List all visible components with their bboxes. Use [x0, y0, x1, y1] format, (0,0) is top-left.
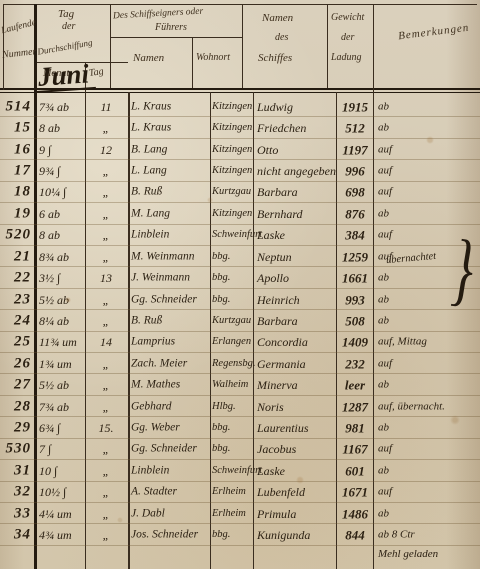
row-owner-name: L. Lang: [131, 165, 209, 177]
row-cargo-weight: 876: [336, 207, 374, 220]
row-time: 11¾ um: [39, 336, 84, 348]
row-time: 6 ab: [39, 208, 84, 220]
row-residence: Kitzingen: [212, 144, 254, 155]
row-remark: ab: [378, 208, 478, 219]
ledger-row: 22 3½ ∫ 13 J. Weinmann bbg. Apollo 1661 …: [0, 267, 480, 288]
ledger-row: 15 8 ab „ L. Kraus Kitzingen Friedchen 5…: [0, 117, 480, 138]
row-cargo-weight: 1197: [336, 143, 374, 156]
row-day: „: [88, 315, 124, 327]
row-owner-name: Zach. Meier: [131, 358, 209, 370]
row-ship-name: Laske: [257, 465, 333, 477]
row-cargo-weight: 1259: [336, 250, 374, 263]
row-time: 8¾ ab: [39, 251, 84, 263]
row-time: 6¾ ∫: [39, 422, 84, 434]
row-owner-name: B. Lang: [131, 144, 209, 156]
row-owner-name: Linblein: [131, 229, 209, 241]
row-day: „: [88, 358, 124, 370]
grid-line-left-edge: [3, 4, 4, 90]
ledger-row: 530 7 ∫ „ Gg. Schneider bbg. Jacobus 116…: [0, 439, 480, 460]
row-owner-name: Lamprius: [131, 337, 209, 349]
row-number: 18: [0, 185, 31, 200]
header-number-line1: Laufende: [0, 18, 37, 36]
row-time: 7¾ ab: [39, 101, 84, 113]
row-ship-name: Germania: [257, 358, 333, 370]
row-time: 4¼ um: [39, 508, 84, 520]
row-day: 12: [88, 144, 124, 156]
row-day: „: [88, 165, 124, 177]
row-number: 19: [0, 206, 31, 221]
row-remark: ab: [378, 123, 478, 134]
row-ship-name: nicht angegeben: [257, 165, 333, 177]
row-residence: Kurtzgau: [212, 316, 254, 327]
row-number: 22: [0, 271, 31, 286]
row-day: „: [88, 229, 124, 241]
row-cargo-weight: 844: [336, 529, 374, 542]
row-number: 17: [0, 163, 31, 178]
header-date-line1: Tag: [58, 8, 74, 20]
ledger-row: 18 10¼ ∫ „ B. Ruß Kurtzgau Barbara 698 a…: [0, 182, 480, 203]
row-ship-name: Neptun: [257, 251, 333, 263]
row-residence: bbg.: [212, 530, 254, 541]
row-ship-name: Laske: [257, 229, 333, 241]
row-residence: Kitzingen: [212, 123, 254, 134]
row-day: „: [88, 122, 124, 134]
row-number: 26: [0, 356, 31, 371]
row-remark: ab: [378, 101, 478, 112]
row-ship-name: Bernhard: [257, 208, 333, 220]
row-owner-name: L. Kraus: [131, 101, 209, 113]
row-number: 25: [0, 335, 31, 350]
row-day: „: [88, 465, 124, 477]
row-number: 16: [0, 142, 31, 157]
grid-line-top: [3, 4, 477, 5]
header-date-line3: Durchschiffung: [37, 37, 94, 57]
row-residence: Kurtzgau: [212, 187, 254, 198]
row-residence: Schweinfurt: [212, 230, 254, 241]
row-day: „: [88, 251, 124, 263]
row-day: „: [88, 508, 124, 520]
row-time: 5½ ab: [39, 379, 84, 391]
row-number: 32: [0, 485, 31, 500]
header-weight-line1: Gewicht: [331, 12, 364, 23]
row-day: 13: [88, 272, 124, 284]
row-day: „: [88, 294, 124, 306]
row-ship-name: Jacobus: [257, 443, 333, 455]
row-residence: bbg.: [212, 251, 254, 262]
row-owner-name: Gebhard: [131, 401, 209, 413]
row-owner-name: Linblein: [131, 465, 209, 477]
row-time: 10 ∫: [39, 465, 84, 477]
row-day: „: [88, 486, 124, 498]
row-owner-name: M. Lang: [131, 208, 209, 220]
row-day: „: [88, 401, 124, 413]
row-day: 11: [88, 101, 124, 113]
ledger-row: 28 7¾ ab „ Gebhard Hlbg. Noris 1287 auf,…: [0, 396, 480, 417]
ledger-row: 31 10 ∫ „ Linblein Schweinfurt Laske 601…: [0, 460, 480, 481]
ledger-row: 520 8 ab „ Linblein Schweinfurt Laske 38…: [0, 225, 480, 246]
row-ship-name: Barbara: [257, 315, 333, 327]
row-remark: auf, Mittag: [378, 337, 478, 348]
row-time: 8 ab: [39, 229, 84, 241]
row-ship-name: Ludwig: [257, 101, 333, 113]
row-day: „: [88, 529, 124, 541]
header-remarks-title: Bemerkungen: [398, 22, 470, 43]
row-owner-name: Gg. Weber: [131, 422, 209, 434]
row-residence: Erlheim: [212, 508, 254, 519]
row-number: 21: [0, 249, 31, 264]
ledger-page: Laufende Nummer Tag der Durchschiffung M…: [0, 0, 480, 569]
row-time: 8 ab: [39, 122, 84, 134]
row-day: „: [88, 186, 124, 198]
row-time: 10¼ ∫: [39, 186, 84, 198]
row-cargo-weight: 508: [336, 314, 374, 327]
row-ship-name: Concordia: [257, 336, 333, 348]
header-owner-line2: Führers: [155, 22, 187, 33]
row-day: „: [88, 208, 124, 220]
grid-line-owner-sub: [110, 37, 242, 38]
row-remark: ab: [378, 465, 478, 476]
row-number: 27: [0, 378, 31, 393]
row-number: 28: [0, 399, 31, 414]
row-remark: auf: [378, 144, 478, 155]
row-number: 33: [0, 506, 31, 521]
row-cargo-weight: 1167: [336, 443, 374, 456]
row-residence: Erlheim: [212, 487, 254, 498]
ledger-row: 24 8¼ ab „ B. Ruß Kurtzgau Barbara 508 a…: [0, 310, 480, 331]
ledger-row: 34 4¾ um „ Jos. Schneider bbg. Kunigunda…: [0, 524, 480, 545]
row-ship-name: Primula: [257, 508, 333, 520]
row-owner-name: A. Stadter: [131, 487, 209, 499]
row-number: 29: [0, 421, 31, 436]
row-residence: bbg.: [212, 294, 254, 305]
ledger-row: 23 5½ ab „ Gg. Schneider bbg. Heinrich 9…: [0, 289, 480, 310]
row-owner-name: J. Dabl: [131, 508, 209, 520]
header-weight-line3: Ladung: [331, 52, 362, 63]
row-residence: Walheim: [212, 380, 254, 391]
row-residence: Kitzingen: [212, 166, 254, 177]
row-number: 34: [0, 528, 31, 543]
row-time: 3½ ∫: [39, 272, 84, 284]
grid-line-name-wohnort-header: [192, 37, 193, 88]
grid-line-date-owner-header: [110, 4, 111, 88]
header-date-line2: der: [62, 21, 75, 32]
row-number: 15: [0, 121, 31, 136]
row-time: 8¼ ab: [39, 315, 84, 327]
row-remark: ab: [378, 315, 478, 326]
row-remark: auf: [378, 165, 478, 176]
row-ship-name: Minerva: [257, 379, 333, 391]
row-cargo-weight: 1671: [336, 486, 374, 499]
row-ship-name: Friedchen: [257, 122, 333, 134]
row-remark: ab: [378, 380, 478, 391]
row-ship-name: Lubenfeld: [257, 486, 333, 498]
header-owner-sub-name: Namen: [133, 52, 164, 64]
row-residence: Hlbg.: [212, 401, 254, 412]
row-owner-name: L. Kraus: [131, 122, 209, 134]
row-owner-name: Gg. Schneider: [131, 294, 209, 306]
row-owner-name: B. Ruß: [131, 315, 209, 327]
ledger-rows: 514 7¾ ab 11 L. Kraus Kitzingen Ludwig 1…: [0, 96, 480, 546]
header-owner-sub-residence: Wohnort: [196, 52, 230, 63]
row-day: 14: [88, 336, 124, 348]
row-time: 5½ ab: [39, 294, 84, 306]
row-remark-line2: Mehl geladen: [378, 549, 478, 560]
row-cargo-weight: 1661: [336, 272, 374, 285]
row-time: 4¾ um: [39, 529, 84, 541]
ledger-row: 19 6 ab „ M. Lang Kitzingen Bernhard 876…: [0, 203, 480, 224]
month-value: Juni: [35, 60, 96, 93]
row-number: 520: [0, 228, 31, 243]
overnight-brace-icon: }: [450, 227, 475, 311]
row-residence: bbg.: [212, 273, 254, 284]
header-ship-line2: des: [275, 32, 288, 43]
ledger-row: 33 4¼ um „ J. Dabl Erlheim Primula 1486 …: [0, 503, 480, 524]
ledger-row: 29 6¾ ∫ 15. Gg. Weber bbg. Laurentius 98…: [0, 417, 480, 438]
row-ship-name: Barbara: [257, 186, 333, 198]
row-day: 15.: [88, 422, 124, 434]
header-owner-line1: Des Schiffseigners oder: [113, 7, 204, 22]
row-cargo-weight: 981: [336, 422, 374, 435]
ledger-row: 16 9 ∫ 12 B. Lang Kitzingen Otto 1197 au…: [0, 139, 480, 160]
row-residence: bbg.: [212, 423, 254, 434]
grid-line-ship-weight-header: [327, 4, 328, 88]
row-remark: auf, übernacht.: [378, 401, 478, 412]
row-number: 23: [0, 292, 31, 307]
row-residence: Kitzingen: [212, 209, 254, 220]
row-time: 9¾ ∫: [39, 165, 84, 177]
row-day: „: [88, 379, 124, 391]
row-residence: bbg.: [212, 444, 254, 455]
row-owner-name: M. Weinmann: [131, 251, 209, 263]
row-remark: ab 8 Ctr: [378, 530, 478, 541]
row-ship-name: Apollo: [257, 272, 333, 284]
row-time: 7 ∫: [39, 443, 84, 455]
row-number: 530: [0, 442, 31, 457]
header-weight-line2: der: [341, 32, 354, 43]
row-remark: auf: [378, 444, 478, 455]
ledger-row: 27 5½ ab „ M. Mathes Walheim Minerva lee…: [0, 374, 480, 395]
ledger-row: 514 7¾ ab 11 L. Kraus Kitzingen Ludwig 1…: [0, 96, 480, 117]
row-ship-name: Noris: [257, 401, 333, 413]
row-cargo-weight: 1915: [336, 100, 374, 113]
row-ship-name: Heinrich: [257, 294, 333, 306]
row-owner-name: J. Weinmann: [131, 272, 209, 284]
header-ship-line1: Namen: [262, 12, 293, 24]
row-residence: Regensbg.: [212, 359, 254, 370]
row-cargo-weight: 232: [336, 357, 374, 370]
header-number-line2: Nummer: [2, 46, 37, 61]
row-owner-name: M. Mathes: [131, 379, 209, 391]
ledger-row: 32 10½ ∫ „ A. Stadter Erlheim Lubenfeld …: [0, 482, 480, 503]
row-residence: Schweinfurt: [212, 466, 254, 477]
row-cargo-weight: 996: [336, 164, 374, 177]
row-ship-name: Kunigunda: [257, 529, 333, 541]
row-number: 31: [0, 463, 31, 478]
row-ship-name: Otto: [257, 144, 333, 156]
row-time: 1¾ um: [39, 358, 84, 370]
header-ship-line3: Schiffes: [258, 52, 292, 64]
row-cargo-weight: 698: [336, 186, 374, 199]
row-owner-name: B. Ruß: [131, 187, 209, 199]
row-cargo-weight: 1409: [336, 336, 374, 349]
row-remark: auf: [378, 187, 478, 198]
row-time: 10½ ∫: [39, 486, 84, 498]
row-time: 9 ∫: [39, 144, 84, 156]
row-cargo-weight: 993: [336, 293, 374, 306]
row-cargo-weight: 601: [336, 464, 374, 477]
ledger-row: 17 9¾ ∫ „ L. Lang Kitzingen nicht angege…: [0, 160, 480, 181]
row-remark: ab: [378, 423, 478, 434]
row-remark: auf: [378, 358, 478, 369]
ledger-row: 26 1¾ um „ Zach. Meier Regensbg. Germani…: [0, 353, 480, 374]
row-remark: ab: [378, 508, 478, 519]
row-residence: Kitzingen: [212, 101, 254, 112]
row-ship-name: Laurentius: [257, 422, 333, 434]
row-number: 514: [0, 99, 31, 114]
row-residence: Erlangen: [212, 337, 254, 348]
row-cargo-weight: 512: [336, 122, 374, 135]
ledger-row: 25 11¾ um 14 Lamprius Erlangen Concordia…: [0, 332, 480, 353]
header-rule-2: [0, 92, 480, 94]
row-day: „: [88, 443, 124, 455]
row-cargo-weight: leer: [336, 379, 374, 392]
row-cargo-weight: 1486: [336, 507, 374, 520]
grid-line-owner-ship-header: [242, 4, 243, 88]
row-number: 24: [0, 313, 31, 328]
row-owner-name: Gg. Schneider: [131, 444, 209, 456]
row-cargo-weight: 1287: [336, 400, 374, 413]
row-owner-name: Jos. Schneider: [131, 529, 209, 541]
row-cargo-weight: 384: [336, 229, 374, 242]
row-remark: auf: [378, 487, 478, 498]
row-time: 7¾ ab: [39, 401, 84, 413]
